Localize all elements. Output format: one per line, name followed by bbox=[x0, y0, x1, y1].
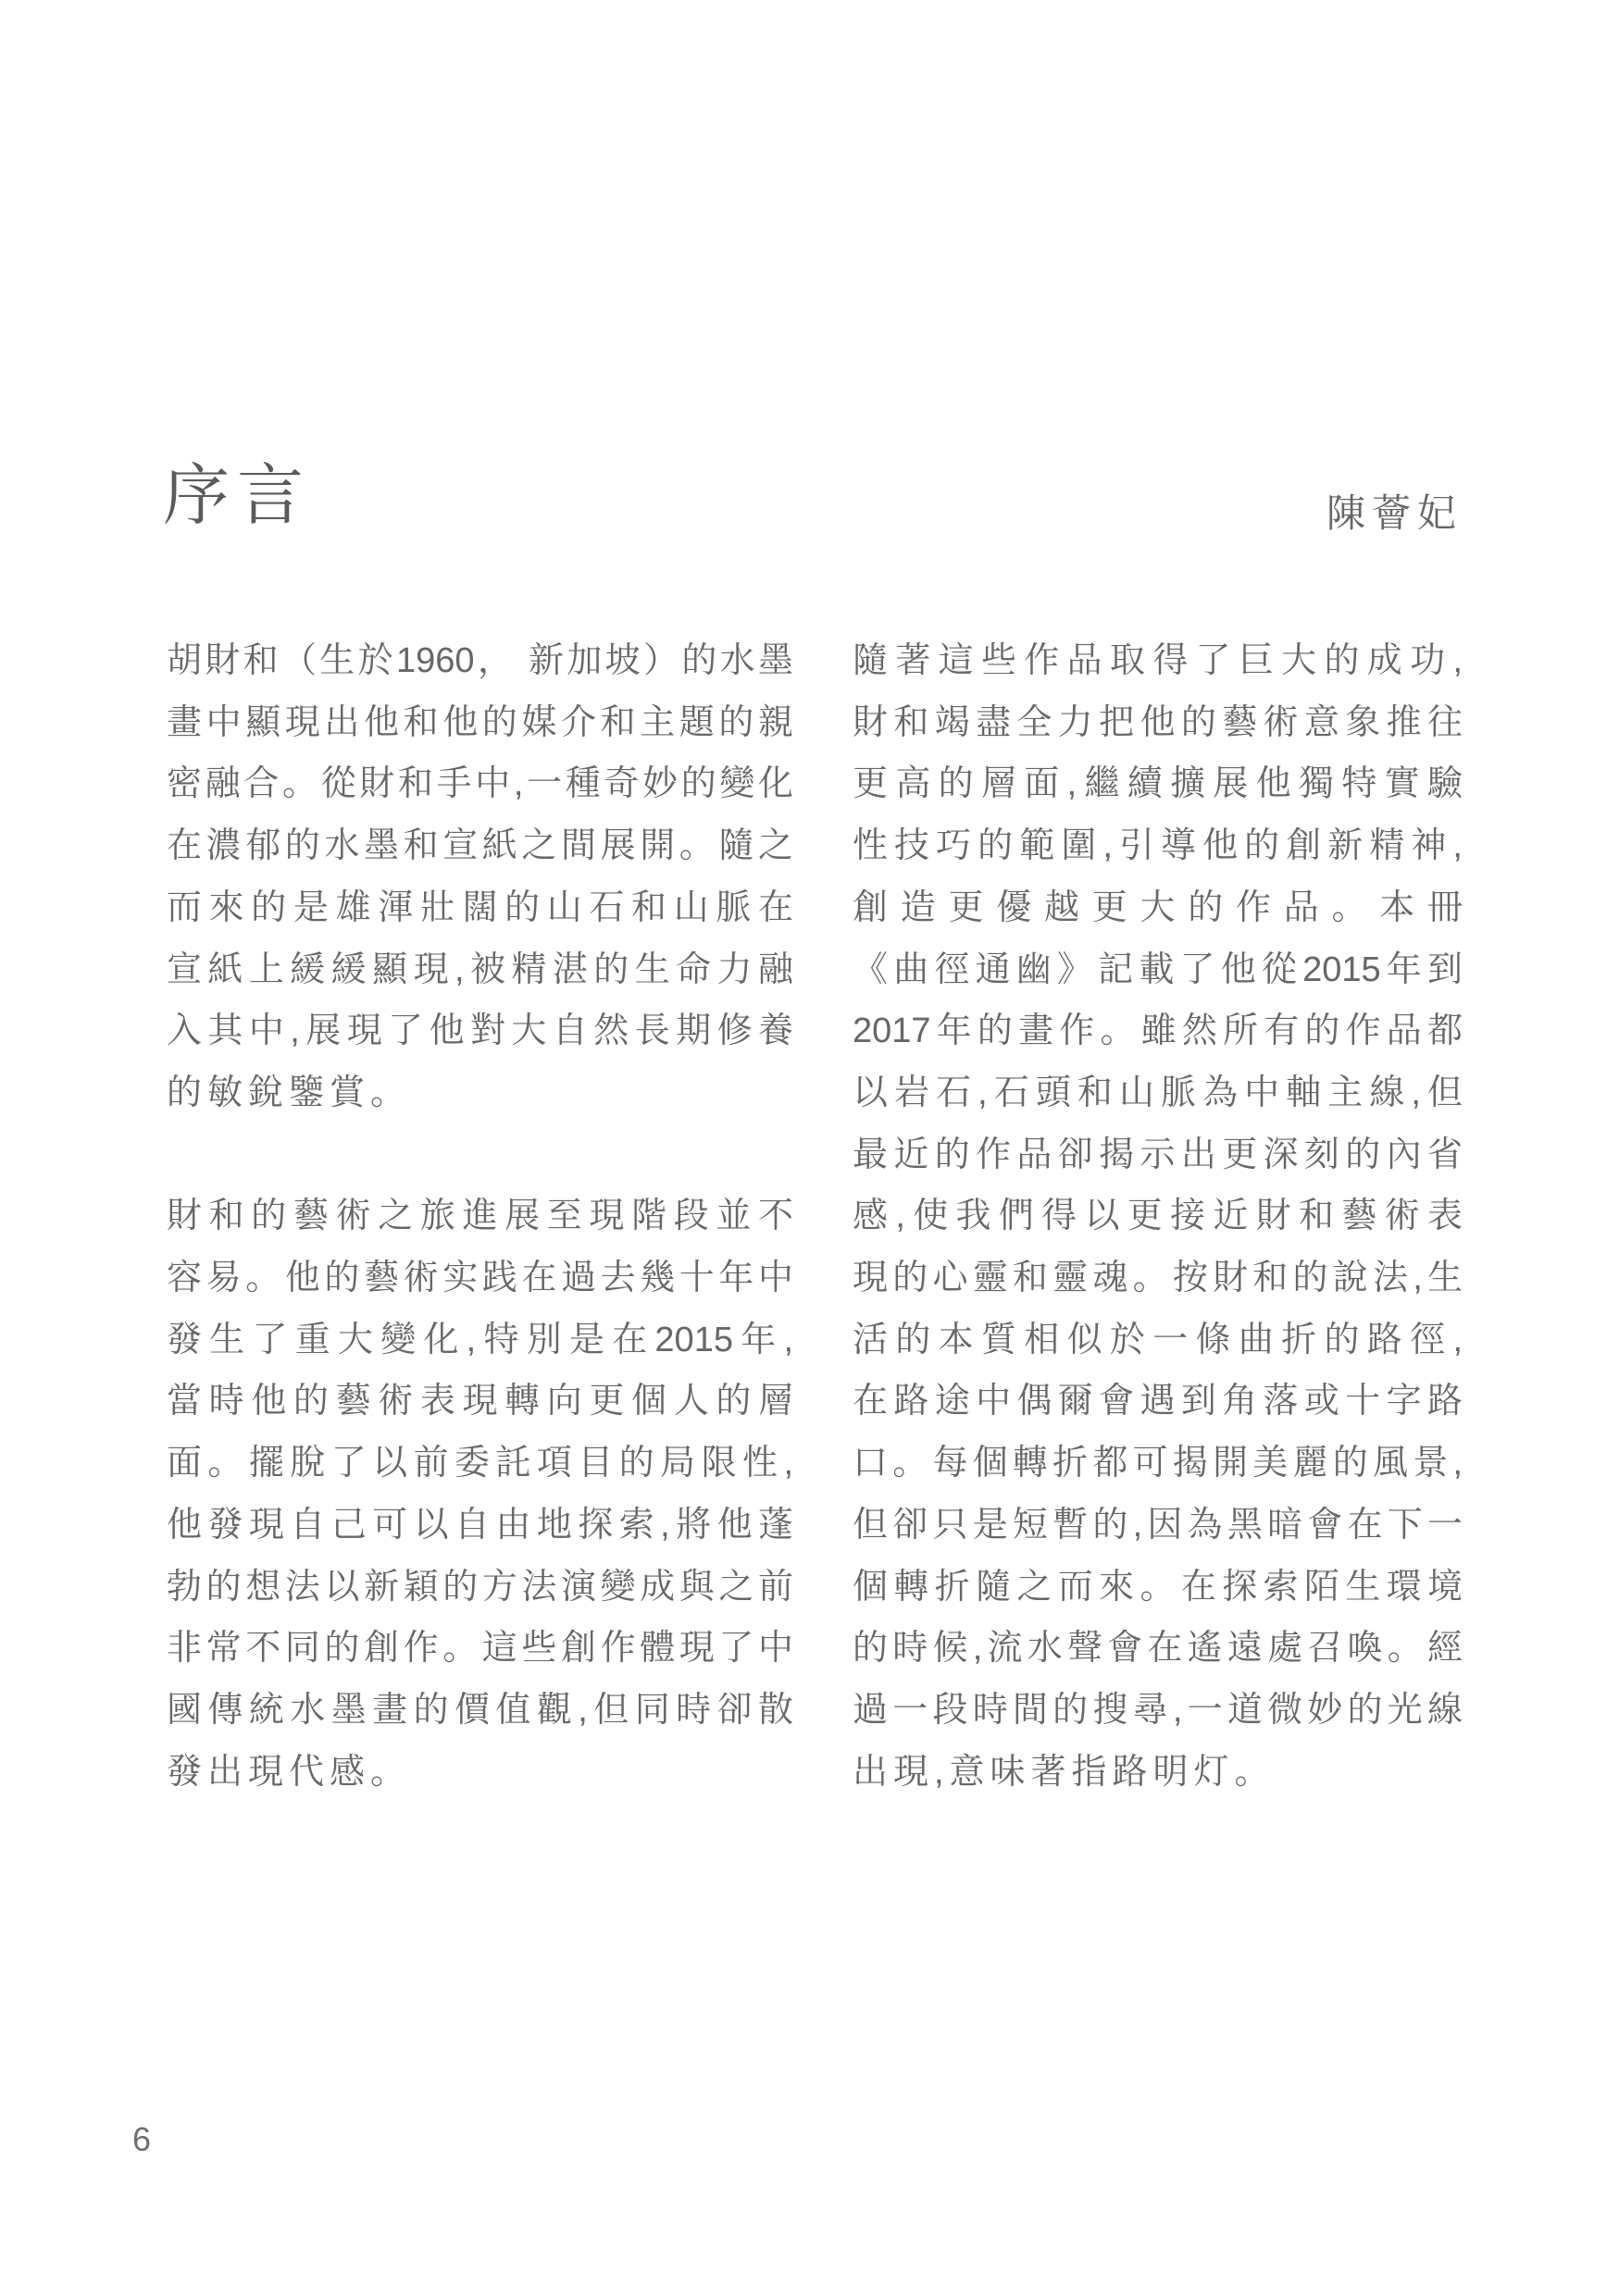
text-line: 在濃郁的水墨和宣紙之間展開。隨之 bbox=[167, 815, 793, 877]
text-line: 性技巧的範圍,引導他的創新精神, bbox=[853, 815, 1463, 877]
text-line: 國傳統水墨畫的價值觀,但同時卻散 bbox=[167, 1680, 793, 1742]
text-line: 最近的作品卻揭示出更深刻的內省 bbox=[853, 1124, 1463, 1186]
book-page: 序言 陳薈妃 胡財和（生於1960， 新加坡）的水墨畫中顯現出他和他的媒介和主題… bbox=[0, 0, 1619, 2296]
text-line: 創造更優越更大的作品。本冊 bbox=[853, 877, 1463, 939]
text-line: 財和的藝術之旅進展至現階段並不 bbox=[167, 1185, 793, 1247]
text-column-right: 隨著這些作品取得了巨大的成功,財和竭盡全力把他的藝術意象推往更高的層面,繼續擴展… bbox=[853, 630, 1463, 1803]
text-line: 面。擺脫了以前委託項目的局限性, bbox=[167, 1433, 793, 1495]
paragraph: 胡財和（生於1960， 新加坡）的水墨畫中顯現出他和他的媒介和主題的親密融合。從… bbox=[167, 630, 793, 1124]
page-number: 6 bbox=[132, 2120, 151, 2159]
text-line: 發生了重大變化,特別是在2015年, bbox=[167, 1309, 793, 1371]
text-line: 個轉折隨之而來。在探索陌生環境 bbox=[853, 1557, 1463, 1619]
text-line: 當時他的藝術表現轉向更個人的層 bbox=[167, 1371, 793, 1433]
text-line: 宣紙上緩緩顯現,被精湛的生命力融 bbox=[167, 939, 793, 1001]
paragraph: 隨著這些作品取得了巨大的成功,財和竭盡全力把他的藝術意象推往更高的層面,繼續擴展… bbox=[853, 630, 1463, 1803]
text-line: 的時候,流水聲會在遙遠處召喚。經 bbox=[853, 1618, 1463, 1680]
text-line: 感,使我們得以更接近財和藝術表 bbox=[853, 1185, 1463, 1247]
text-line: 畫中顯現出他和他的媒介和主題的親 bbox=[167, 692, 793, 754]
text-line: 出現,意味著指路明灯。 bbox=[853, 1742, 1463, 1804]
text-line: 但卻只是短暫的,因為黑暗會在下一 bbox=[853, 1495, 1463, 1557]
text-line: 而來的是雄渾壯闊的山石和山脈在 bbox=[167, 877, 793, 939]
text-line: 以岩石,石頭和山脈為中軸主線,但 bbox=[853, 1062, 1463, 1124]
text-line: 在路途中偶爾會遇到角落或十字路 bbox=[853, 1371, 1463, 1433]
paragraph: 財和的藝術之旅進展至現階段並不容易。他的藝術实践在過去幾十年中發生了重大變化,特… bbox=[167, 1185, 793, 1803]
text-line: 《曲徑通幽》記載了他從2015年到 bbox=[853, 939, 1463, 1001]
text-line: 勃的想法以新穎的方法演變成與之前 bbox=[167, 1557, 793, 1619]
page-title: 序言 bbox=[163, 459, 311, 534]
text-line: 隨著這些作品取得了巨大的成功, bbox=[853, 630, 1463, 692]
text-line: 活的本質相似於一條曲折的路徑, bbox=[853, 1309, 1463, 1371]
text-line: 發出現代感。 bbox=[167, 1742, 793, 1804]
text-line: 入其中,展現了他對大自然長期修養 bbox=[167, 1000, 793, 1062]
text-line: 2017年的畫作。雖然所有的作品都 bbox=[853, 1000, 1463, 1062]
text-line: 過一段時間的搜尋,一道微妙的光線 bbox=[853, 1680, 1463, 1742]
text-line: 口。每個轉折都可揭開美麗的風景, bbox=[853, 1433, 1463, 1495]
text-line: 的敏銳鑒賞。 bbox=[167, 1062, 793, 1124]
text-line: 他發現自己可以自由地探索,將他蓬 bbox=[167, 1495, 793, 1557]
text-line: 密融合。從財和手中,一種奇妙的變化 bbox=[167, 753, 793, 815]
text-line: 非常不同的創作。這些創作體現了中 bbox=[167, 1618, 793, 1680]
text-line: 現的心靈和靈魂。按財和的說法,生 bbox=[853, 1247, 1463, 1309]
text-line: 容易。他的藝術实践在過去幾十年中 bbox=[167, 1247, 793, 1309]
text-line: 財和竭盡全力把他的藝術意象推往 bbox=[853, 692, 1463, 754]
text-column-left: 胡財和（生於1960， 新加坡）的水墨畫中顯現出他和他的媒介和主題的親密融合。從… bbox=[167, 630, 793, 1803]
text-line: 更高的層面,繼續擴展他獨特實驗 bbox=[853, 753, 1463, 815]
author-name: 陳薈妃 bbox=[1000, 492, 1463, 535]
text-line: 胡財和（生於1960， 新加坡）的水墨 bbox=[167, 630, 793, 692]
